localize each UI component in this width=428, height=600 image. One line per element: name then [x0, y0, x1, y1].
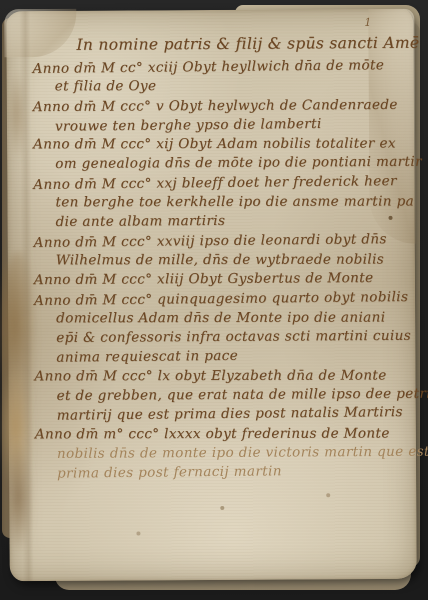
manuscript-line: anima requiescat in pace — [34, 345, 412, 368]
manuscript-line: In nomine patris & filij & spūs sancti A… — [32, 29, 410, 59]
manuscript-line: Anno dm̄ M ccc° xxviij ipso die leonardi… — [34, 230, 412, 253]
manuscript-line: domicellus Adam dn̄s de Monte ipo die an… — [34, 308, 412, 328]
manuscript-line: Anno dm̄ m° ccc° lxxxx obyt frederinus d… — [35, 424, 413, 444]
manuscript-line: die ante albam martiris — [33, 211, 411, 233]
manuscript-line: martirij que est prima dies post natalis… — [35, 403, 413, 426]
folio-number: 1 — [364, 16, 371, 29]
manuscript-page: 1 In nomine patris & filij & spūs sancti… — [6, 9, 416, 581]
manuscript-line: prima dies post fernacij martin — [35, 461, 413, 484]
manuscript-line: Anno dm̄ M ccc° lx obyt Elyzabeth dn̄a d… — [34, 366, 412, 386]
manuscript-text-block: In nomine patris & filij & spūs sancti A… — [32, 29, 413, 484]
manuscript-line: Anno dm̄ M ccc° xliij Obyt Gysbertus de … — [34, 269, 412, 291]
manuscript-line: Anno dm̄ M ccc° xxj bleeff doet her fred… — [33, 172, 411, 195]
manuscript-line: et filia de Oye — [33, 77, 411, 97]
manuscript-line: Anno dm̄ M ccc° xij Obyt Adam nobilis to… — [33, 135, 411, 155]
ink-specks — [6, 11, 8, 13]
manuscript-line: Wilhelmus de mille, dn̄s de wytbraede no… — [34, 250, 412, 270]
manuscript-line: ten berghe toe kerkhelle ipo die ansme m… — [33, 193, 411, 213]
manuscript-photo: 1 In nomine patris & filij & spūs sancti… — [0, 0, 428, 600]
manuscript-line: Anno dm̄ M ccc° quinquagesimo quarto oby… — [34, 288, 412, 311]
